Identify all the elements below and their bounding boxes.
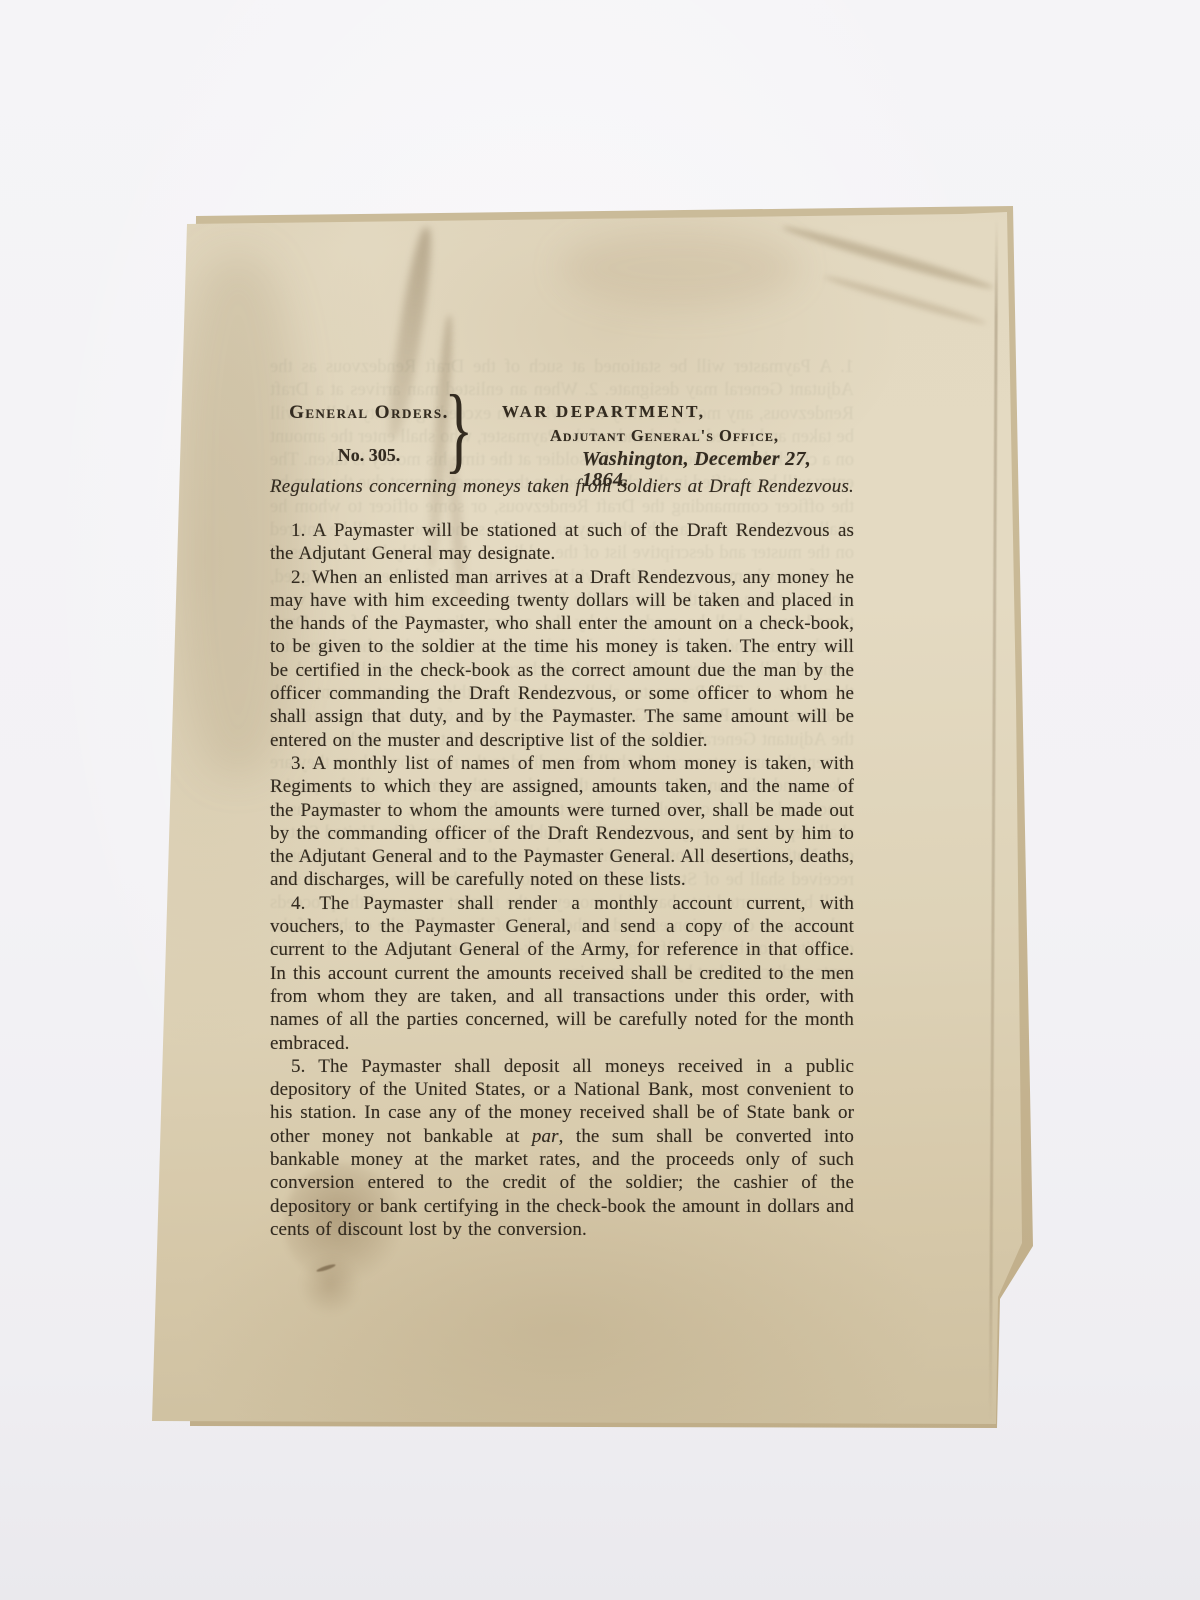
masthead-left: General Orders. No. 305. — [288, 403, 450, 464]
photo-backdrop: 1. A Paymaster will be stationed at such… — [0, 0, 1200, 1600]
paragraph-1: 1. A Paymaster will be stationed at such… — [270, 519, 854, 566]
paragraph-4: 4. The Paymaster shall render a monthly … — [270, 892, 854, 1055]
general-orders-label: General Orders. — [288, 403, 450, 422]
adjutant-office-line: Adjutant General's Office, — [550, 427, 862, 444]
war-department-line: WAR DEPARTMENT, — [502, 402, 862, 421]
paragraph-3: 3. A monthly list of names of men from w… — [270, 752, 854, 892]
orders-number: No. 305. — [288, 446, 450, 464]
paragraph-2: 2. When an enlisted man arrives at a Dra… — [270, 566, 854, 752]
paragraph-5-emphasis: par — [532, 1126, 559, 1147]
document-title: Regulations concerning moneys taken from… — [270, 476, 854, 498]
paragraph-5: 5. The Paymaster shall deposit all money… — [270, 1055, 854, 1241]
brace-glyph: } — [444, 391, 465, 471]
regulation-paragraphs: 1. A Paymaster will be stationed at such… — [270, 519, 854, 1241]
